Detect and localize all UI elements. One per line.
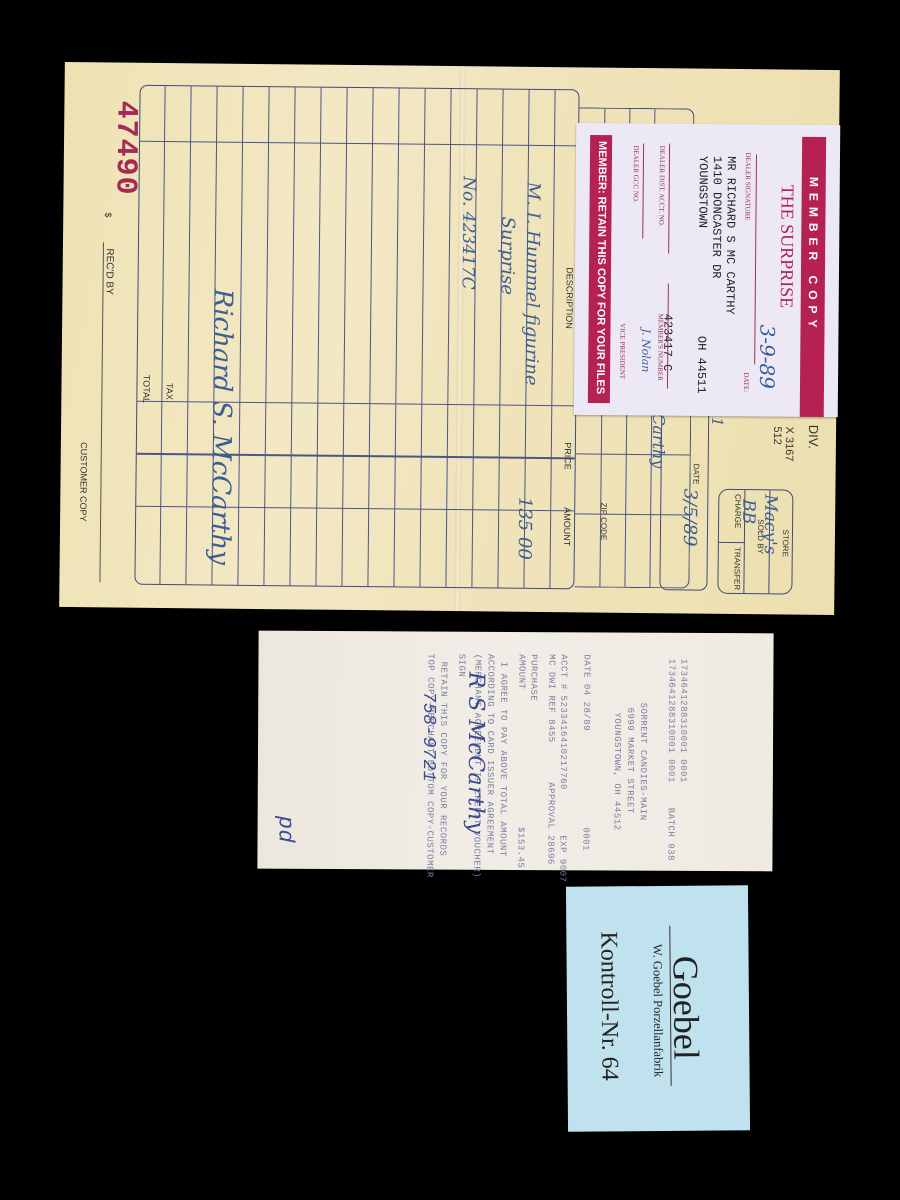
receipt-signature: R S McCarthy: [463, 672, 489, 835]
paid-mark-icon: pd: [273, 816, 298, 844]
receipt-date: DATE 04 28/89: [581, 654, 591, 731]
customer-copy-label: CUSTOMER COPY: [78, 442, 89, 521]
credit-card-receipt: 1734641288310001 0001 1734641288310001 0…: [257, 631, 773, 872]
receipt-batch: BATCH 038: [665, 808, 675, 861]
amount-label: AMOUNT: [562, 507, 572, 546]
receipt-amount-value: $153.45: [515, 827, 525, 868]
member-copy-title: THE SURPRISE: [776, 185, 798, 309]
receipt-ref: MC DWI REF 8455: [546, 654, 556, 743]
slip-number: 47490: [107, 100, 142, 195]
member-copy-date-label: DATE:: [742, 372, 750, 392]
handwritten-sold-by: BB: [738, 499, 758, 524]
receipt-line-1: 1734641288310001 0001: [678, 659, 689, 783]
received-by-label: REC'D BY: [103, 248, 114, 294]
member-copy-date-value: 3-9-89: [755, 324, 780, 389]
zip-code-label: ZIP CODE: [599, 503, 608, 541]
dollar-sign: $: [103, 212, 113, 217]
transfer-label: TRANSFER: [732, 547, 741, 590]
receipt-street: 6999 MARKET STREET: [625, 708, 636, 814]
price-label: PRICE: [563, 442, 573, 470]
member-copy-header: MEMBER COPY: [805, 177, 820, 334]
store-label: STORE: [781, 529, 790, 557]
total-label: TOTAL: [141, 375, 151, 403]
receipt-amount-label: AMOUNT: [516, 654, 526, 689]
member-street: 1410 DONCASTER DR: [709, 156, 724, 279]
receipt-retain: RETAIN THIS COPY FOR YOUR RECORDS: [437, 662, 448, 857]
receipt-agree-1: I AGREE TO PAY ABOVE TOTAL AMOUNT: [497, 662, 508, 857]
receipt-city: YOUNGSTOWN, OH 44512: [612, 713, 623, 831]
description-label: DESCRIPTION: [564, 267, 575, 329]
goebel-control-card: Goebel W. Goebel Porzellanfabrik Kontrol…: [566, 885, 750, 1132]
dealer-gcc-label: DEALER GCC NO.: [632, 145, 641, 202]
member-city: YOUNGSTOWN: [695, 156, 710, 228]
handwritten-receipt-phone: 758-9721: [418, 691, 438, 782]
receipt-acct: ACCT # 5233416410217760: [558, 654, 569, 790]
handwritten-amount: 135 00: [514, 497, 536, 560]
div-label: DIV.: [806, 425, 821, 449]
receipt-purchase-label: PURCHASE: [528, 654, 538, 701]
member-copy-footer-band: MEMBER: RETAIN THIS COPY FOR YOUR FILES: [588, 135, 612, 403]
receipt-code: 0001: [580, 827, 590, 851]
handwritten-store: Macy's: [760, 494, 781, 554]
handwritten-date: 3/5/89: [679, 488, 701, 546]
goebel-company: W. Goebel Porzellanfabrik: [649, 944, 665, 1077]
box-number: X 3167: [783, 426, 795, 461]
vp-signature-icon: J. Nolan: [639, 328, 652, 372]
dealer-signature-label: DEALER SIGNATURE: [743, 152, 752, 220]
zip-partial: 512: [771, 426, 783, 444]
member-copy-header-band: MEMBER COPY: [800, 137, 826, 417]
tax-label: TAX: [164, 383, 174, 400]
receipt-merchant: SORRENT CANDIES-MAIN: [638, 703, 649, 821]
receipt-approval: APPROVAL 28696: [545, 782, 555, 865]
handwritten-name: Carthy: [649, 413, 669, 468]
handwritten-description-1: M. I. Hummel figurine: [521, 182, 544, 386]
vice-president-label: VICE PRESIDENT: [618, 323, 626, 379]
member-copy-card: MEMBER COPY THE SURPRISE 3-9-89 DATE: DE…: [574, 123, 841, 417]
member-copy-footer: MEMBER: RETAIN THIS COPY FOR YOUR FILES: [594, 141, 608, 394]
handwritten-description-2: Surprise: [496, 216, 518, 295]
receipt-line-2: 1734641288310001 0001: [666, 659, 677, 783]
customer-signature: Richard S. McCarthy: [205, 288, 238, 565]
member-number-label: MEMBER'S NUMBER: [656, 314, 665, 381]
date-label: DATE: [691, 464, 700, 485]
dealer-dist-acct-label: DEALER DIST. ACCT. NO.: [657, 146, 666, 227]
receipt-exp: EXP 9007: [557, 835, 567, 882]
handwritten-item-number: No. 423417C: [458, 176, 479, 290]
member-name: MR RICHARD S MC CARTHY: [723, 156, 738, 315]
line-item-grid: [134, 85, 579, 590]
member-state-zip: OH 44511: [694, 336, 709, 394]
goebel-control-number: Kontroll-Nr. 64: [594, 931, 622, 1081]
